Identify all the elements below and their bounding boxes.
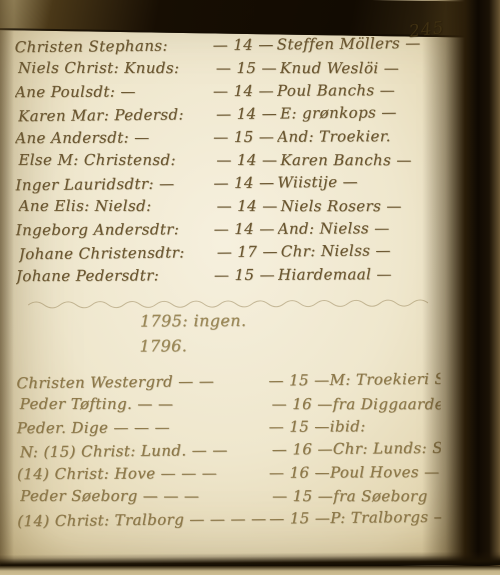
entry-name: Johane Pedersdtr: [16,266,214,285]
entry-age: — 15 — [272,487,333,505]
entry-name: Ane Andersdt: — [15,128,213,147]
register-row: Peder. Dige — — — — 15 — ibid: [17,417,441,442]
entry-name: Ane Elis: Nielsd: [19,197,217,215]
year-1796-heading: 1796. [16,335,440,361]
entry-ref: Chr: Nielss — [281,241,440,261]
entry-ref: Hiardemaal — [278,265,440,284]
register-row: Ingeborg Andersdtr: — 14 — And: Nielss — [16,219,440,244]
entry-name: Ingeborg Andersdtr: [16,220,214,239]
entry-ref: Poul Banchs — [277,81,439,100]
register-row: Ane Poulsdt: — — 14 — Poul Banchs — [15,81,439,106]
entry-ref: Wiistije — [277,172,439,192]
register-row: (14) Christ: Hove — — — — 16 — Poul Hove… [17,463,441,488]
entry-age: — 15 — [269,417,330,435]
entry-name: Ane Poulsdt: — [15,82,213,101]
entry-age: — 14 — [216,104,280,123]
entry-age: — 15 — [268,371,329,390]
entry-name: Karen Mar: Pedersd: [18,105,216,125]
register-content: Christen Stephans: — 14 — Steffen Möller… [15,35,442,534]
entry-age: — 15 — [269,509,330,528]
entry-age: — 16 — [269,463,330,481]
year-divider: 1795: ingen. 1796. [16,294,440,361]
register-row: (14) Christ: Tralborg — — — — — 15 — P: … [17,508,441,535]
register-row: Ane Andersdt: — — 15 — And: Troekier. [15,127,439,152]
entry-name: N: (15) Christ: Lund. — — [20,441,272,462]
register-section-1794: Christen Stephans: — 14 — Steffen Möller… [15,35,440,290]
entry-name: Peder Tøfting. — — [20,395,272,413]
register-row: Christen Westergrd — — — 15 — M: Troekie… [16,370,440,397]
register-row: Ane Elis: Nielsd: — 14 — Niels Rosers — [16,197,440,220]
register-section-1796: Christen Westergrd — — — 15 — M: Troekie… [16,371,441,534]
manuscript-page-scan: 245 Christen Stephans: — 14 — Steffen Mö… [0,0,500,575]
entry-ref: E: grønkops — [280,103,439,123]
entry-name: Christen Stephans: [15,36,213,56]
register-row: Johane Pedersdtr: — 15 — Hiardemaal — [16,265,440,290]
entry-name: Johane Christensdtr: [19,243,217,263]
register-row: Inger Lauridsdtr: — — 14 — Wiistije — [15,172,439,199]
register-row: Peder Tøfting. — — — 16 — fra Diggaarden… [17,395,441,418]
entry-age: — 15 — [213,128,277,146]
entry-age: — 16 — [272,440,333,459]
binding-edge-right [422,0,500,575]
entry-ref: And: Troekier. [277,127,439,146]
entry-age: — 16 — [272,395,333,413]
entry-name: Christen Westergrd — — [16,372,268,393]
entry-age: — 14 — [214,220,278,238]
register-row: Karen Mar: Pedersd: — 14 — E: grønkops — [15,103,439,130]
register-row: N: (15) Christ: Lund. — — — 16 — Chr: Lu… [17,439,441,466]
register-row: Niels Christ: Knuds: — 15 — Knud Weslöi … [15,59,439,82]
register-row: Peder Søeborg — — — — 15 — fra Søeborg [17,487,441,510]
register-row: Johane Christensdtr: — 17 — Chr: Nielss … [16,241,440,268]
year-1795-note: 1795: ingen. [16,310,440,337]
register-row: Christen Stephans: — 14 — Steffen Möller… [15,34,439,61]
flourish-squiggle [28,294,428,312]
entry-ref: Niels Rosers — [281,197,440,215]
entry-age: — 14 — [213,82,277,100]
entry-age: — 14 — [213,35,277,54]
entry-age: — 14 — [216,151,280,169]
entry-ref: And: Nielss — [278,219,440,238]
entry-ref: Knud Weslöi — [280,59,439,77]
entry-age: — 17 — [217,242,281,261]
page-number: 245 [407,18,445,42]
entry-name: Peder Søeborg — — — [20,487,272,505]
entry-name: Else M: Christensd: [18,151,216,169]
register-row: Else M: Christensd: — 14 — Karen Banchs … [15,151,439,174]
entry-age: — 14 — [213,173,277,192]
entry-name: Inger Lauridsdtr: — [15,174,213,194]
entry-age: — 15 — [214,266,278,284]
entry-name: Niels Christ: Knuds: [18,59,216,77]
entry-age: — 15 — [216,59,280,77]
entry-name: (14) Christ: Tralborg — — — — [17,510,269,531]
entry-name: (14) Christ: Hove — — — [17,464,269,483]
scan-footer-strip [0,566,500,575]
page-edge-left [0,0,14,575]
entry-age: — 14 — [217,197,281,215]
entry-name: Peder. Dige — — — [17,418,269,437]
entry-ref: Karen Banchs — [280,151,439,169]
